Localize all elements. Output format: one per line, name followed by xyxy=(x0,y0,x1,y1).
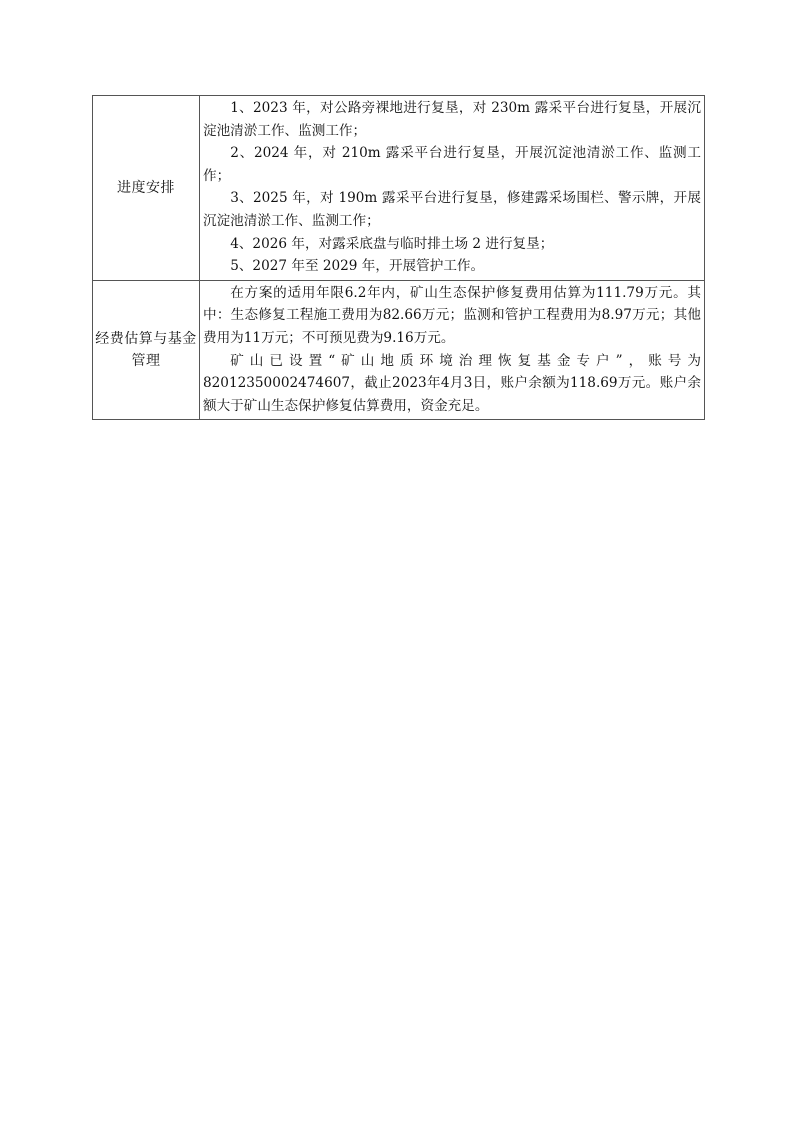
schedule-item-2025: 3、2025 年，对 190m 露采平台进行复垦，修建露采场围栏、警示牌，开展沉… xyxy=(203,187,701,232)
document-table: 进度安排 1、2023 年，对公路旁裸地进行复垦，对 230m 露采平台进行复垦… xyxy=(92,95,705,420)
table-row-schedule: 进度安排 1、2023 年，对公路旁裸地进行复垦，对 230m 露采平台进行复垦… xyxy=(93,96,705,281)
row-content-budget: 在方案的适用年限6.2年内，矿山生态保护修复费用估算为111.79万元。其中：生… xyxy=(200,280,705,420)
schedule-item-2024: 2、2024 年，对 210m 露采平台进行复垦，开展沉淀池清淤工作、监测工作； xyxy=(203,142,701,187)
budget-estimate-paragraph: 在方案的适用年限6.2年内，矿山生态保护修复费用估算为111.79万元。其中：生… xyxy=(203,282,701,350)
row-label-budget: 经费估算与基金管理 xyxy=(93,280,200,420)
schedule-item-2027-2029: 5、2027 年至 2029 年，开展管护工作。 xyxy=(203,255,701,278)
schedule-item-2023: 1、2023 年，对公路旁裸地进行复垦，对 230m 露采平台进行复垦，开展沉淀… xyxy=(203,97,701,142)
fund-account-paragraph: 矿山已设置“矿山地质环境治理恢复基金专户”，账号为820123500024746… xyxy=(203,350,701,418)
row-label-text: 进度安排 xyxy=(117,180,175,196)
row-label-text: 经费估算与基金管理 xyxy=(95,331,197,370)
table-row-budget: 经费估算与基金管理 在方案的适用年限6.2年内，矿山生态保护修复费用估算为111… xyxy=(93,280,705,420)
row-label-schedule: 进度安排 xyxy=(93,96,200,281)
schedule-item-2026: 4、2026 年，对露采底盘与临时排土场 2 进行复垦； xyxy=(203,233,701,256)
row-content-schedule: 1、2023 年，对公路旁裸地进行复垦，对 230m 露采平台进行复垦，开展沉淀… xyxy=(200,96,705,281)
